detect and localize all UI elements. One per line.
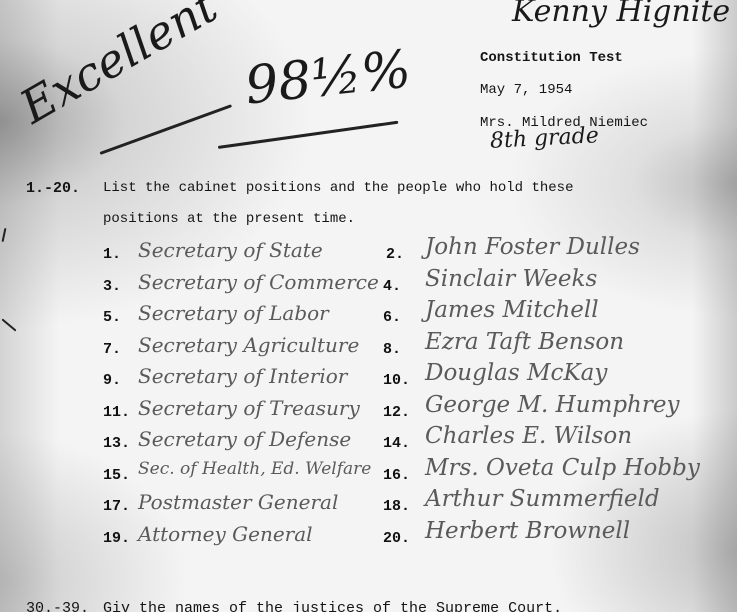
cabinet-member-answer: Mrs. Oveta Culp Hobby — [425, 455, 700, 481]
item-number: 2. — [386, 246, 404, 263]
item-number: 8. — [383, 341, 401, 358]
section1-instruction-line2: positions at the present time. — [103, 211, 355, 227]
item-number: 1. — [103, 246, 121, 263]
test-title: Constitution Test — [480, 50, 623, 66]
section1-number-range: 1.-20. — [26, 180, 80, 197]
cabinet-position-answer: Secretary Agriculture — [138, 333, 359, 357]
cabinet-member-answer: Charles E. Wilson — [425, 423, 632, 449]
cabinet-member-answer: Douglas McKay — [425, 360, 607, 386]
item-number: 15. — [103, 467, 130, 484]
item-number: 7. — [103, 341, 121, 358]
cabinet-position-answer: Secretary of Treasury — [138, 396, 360, 420]
item-number: 12. — [383, 404, 410, 421]
cabinet-position-answer: Sec. of Health, Ed. Welfare — [138, 459, 371, 479]
item-number: 5. — [103, 309, 121, 326]
cabinet-position-answer: Postmaster General — [138, 490, 338, 514]
cabinet-position-answer: Secretary of Labor — [138, 301, 329, 325]
cabinet-member-answer: Ezra Taft Benson — [425, 329, 624, 355]
test-date: May 7, 1954 — [480, 82, 572, 98]
item-number: 14. — [383, 435, 410, 452]
cabinet-member-answer: Arthur Summerfield — [425, 486, 660, 512]
cabinet-position-answer: Attorney General — [138, 522, 313, 546]
item-number: 9. — [103, 372, 121, 389]
item-number: 17. — [103, 498, 130, 515]
cabinet-position-answer: Secretary of State — [138, 238, 323, 262]
item-number: 13. — [103, 435, 130, 452]
item-number: 3. — [103, 278, 121, 295]
cabinet-position-answer: Secretary of Commerce — [138, 270, 379, 294]
cabinet-member-answer: John Foster Dulles — [425, 234, 640, 260]
item-number: 19. — [103, 530, 130, 547]
item-number: 18. — [383, 498, 410, 515]
item-number: 4. — [383, 278, 401, 295]
cabinet-member-answer: James Mitchell — [425, 297, 599, 323]
cabinet-member-answer: Sinclair Weeks — [425, 266, 597, 292]
cabinet-position-answer: Secretary of Defense — [138, 427, 351, 451]
item-number: 10. — [383, 372, 410, 389]
item-number: 11. — [103, 404, 130, 421]
item-number: 6. — [383, 309, 401, 326]
cabinet-member-answer: Herbert Brownell — [425, 518, 630, 544]
student-name: Kenny Hignite — [512, 0, 730, 29]
section2-number-range: 30.-39. — [26, 600, 89, 612]
section2-instruction: Giv the names of the justices of the Sup… — [103, 600, 562, 612]
cabinet-position-answer: Secretary of Interior — [138, 364, 347, 388]
section1-instruction-line1: List the cabinet positions and the peopl… — [103, 180, 573, 196]
item-number: 20. — [383, 530, 410, 547]
item-number: 16. — [383, 467, 410, 484]
cabinet-member-answer: George M. Humphrey — [425, 392, 679, 418]
